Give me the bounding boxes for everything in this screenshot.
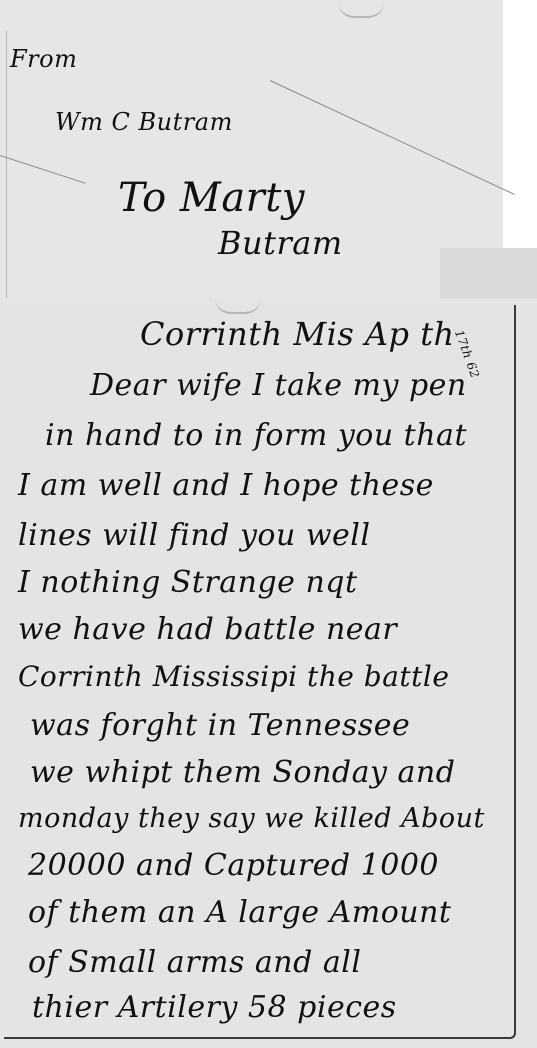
letter-line: lines will find you well [18, 518, 370, 553]
letter-line: of Small arms and all [28, 945, 361, 980]
letter-line: thier Artilery 58 pieces [32, 990, 397, 1025]
postmark-mark [338, 2, 384, 18]
letter-line: 20000 and Captured 1000 [28, 848, 439, 883]
sender-name: Wm C Butram [55, 108, 233, 136]
letter-line: was forght in Tennessee [30, 708, 410, 743]
paper-fold-line [270, 80, 515, 195]
letter-line: of them an A large Amount [28, 895, 451, 930]
from-label: From [10, 45, 77, 73]
paper-fold-line [0, 155, 86, 184]
letter-line: Dear wife I take my pen [90, 368, 467, 403]
letter-line: we whipt them Sonday and [30, 755, 455, 790]
recipient-label: To Marty [118, 175, 305, 221]
letter-line: I nothing Strange nqt [18, 565, 358, 600]
letter-line: in hand to in form you that [45, 418, 467, 453]
letter-place: Corrinth Mis Ap th [140, 315, 455, 353]
envelope-sheet: From Wm C Butram To Marty Butram [0, 0, 503, 300]
letter-line: we have had battle near [18, 612, 397, 647]
letter-line: I am well and I hope these [18, 468, 434, 503]
recipient-surname: Butram [218, 224, 343, 262]
letter-line: monday they say we killed About [18, 803, 485, 834]
letter-line: Corrinth Mississipi the battle [18, 660, 449, 693]
